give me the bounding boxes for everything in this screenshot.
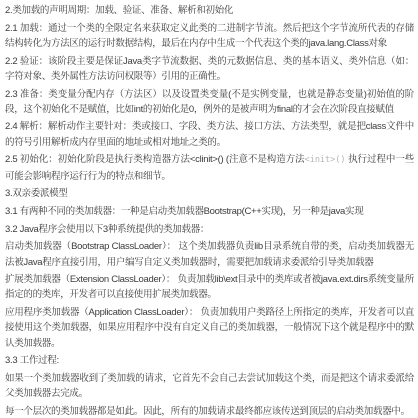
para-2-3-preparation: 2.3 准备：类变量分配内存（方法区）以及设置类变量(不是实例变量，也就是静态变… [5, 87, 414, 117]
heading-parents-delegation-model: 3.双亲委派模型 [5, 186, 414, 201]
para-3-1-two-classloaders: 3.1 有两种不同的类加载器：一种是启动类加载器Bootstrap(C++实现)… [5, 204, 414, 219]
text-run: 2.5 初始化：初始化阶段是执行类构造器方法<clinit>() (注意不是构造… [5, 154, 305, 165]
para-2-5-initialization: 2.5 初始化：初始化阶段是执行类构造器方法<clinit>() (注意不是构造… [5, 152, 414, 183]
para-delegation-request: 如果一个类加载器收到了类加载的请求，它首先不会自己去尝试加载这个类，而是把这个请… [5, 371, 414, 401]
para-2-4-resolution: 2.4 解析：解析动作主要针对：类或接口、字段、类方法、接口方法、方法类型，就是… [5, 119, 414, 149]
para-3-2-three-classloaders: 3.2 Java程序会使用以下3种系统提供的类加载器： [5, 222, 414, 237]
heading-class-loading-lifecycle: 2.类加载的声明周期：加载、验证、准备、解析和初始化 [5, 3, 414, 18]
para-application-classloader: 应用程序类加载器（Application ClassLoader）： 负责加载用… [5, 305, 414, 351]
para-delegation-hierarchy: 每一个层次的类加载器都是如此。因此，所有的加载请求最终都应该传送到顶层的启动类加… [5, 404, 414, 418]
inline-code-init: <init>() [305, 155, 346, 165]
para-2-1-loading: 2.1 加载：通过一个类的全限定名来获取定义此类的二进制字节流。然后把这个字节流… [5, 21, 414, 51]
para-bootstrap-classloader: 启动类加载器（Bootstrap ClassLoader）： 这个类加载器负责l… [5, 239, 414, 269]
heading-3-3-working-process: 3.3 工作过程: [5, 353, 414, 368]
para-extension-classloader: 扩展类加载器（Extension ClassLoader）： 负责加载lib\e… [5, 272, 414, 302]
document: 2.类加载的声明周期：加载、验证、准备、解析和初始化 2.1 加载：通过一个类的… [0, 0, 418, 418]
para-2-2-verification: 2.2 验证：该阶段主要是保证Java类字节流数据、类的元数据信息、类的基本语义… [5, 54, 414, 84]
